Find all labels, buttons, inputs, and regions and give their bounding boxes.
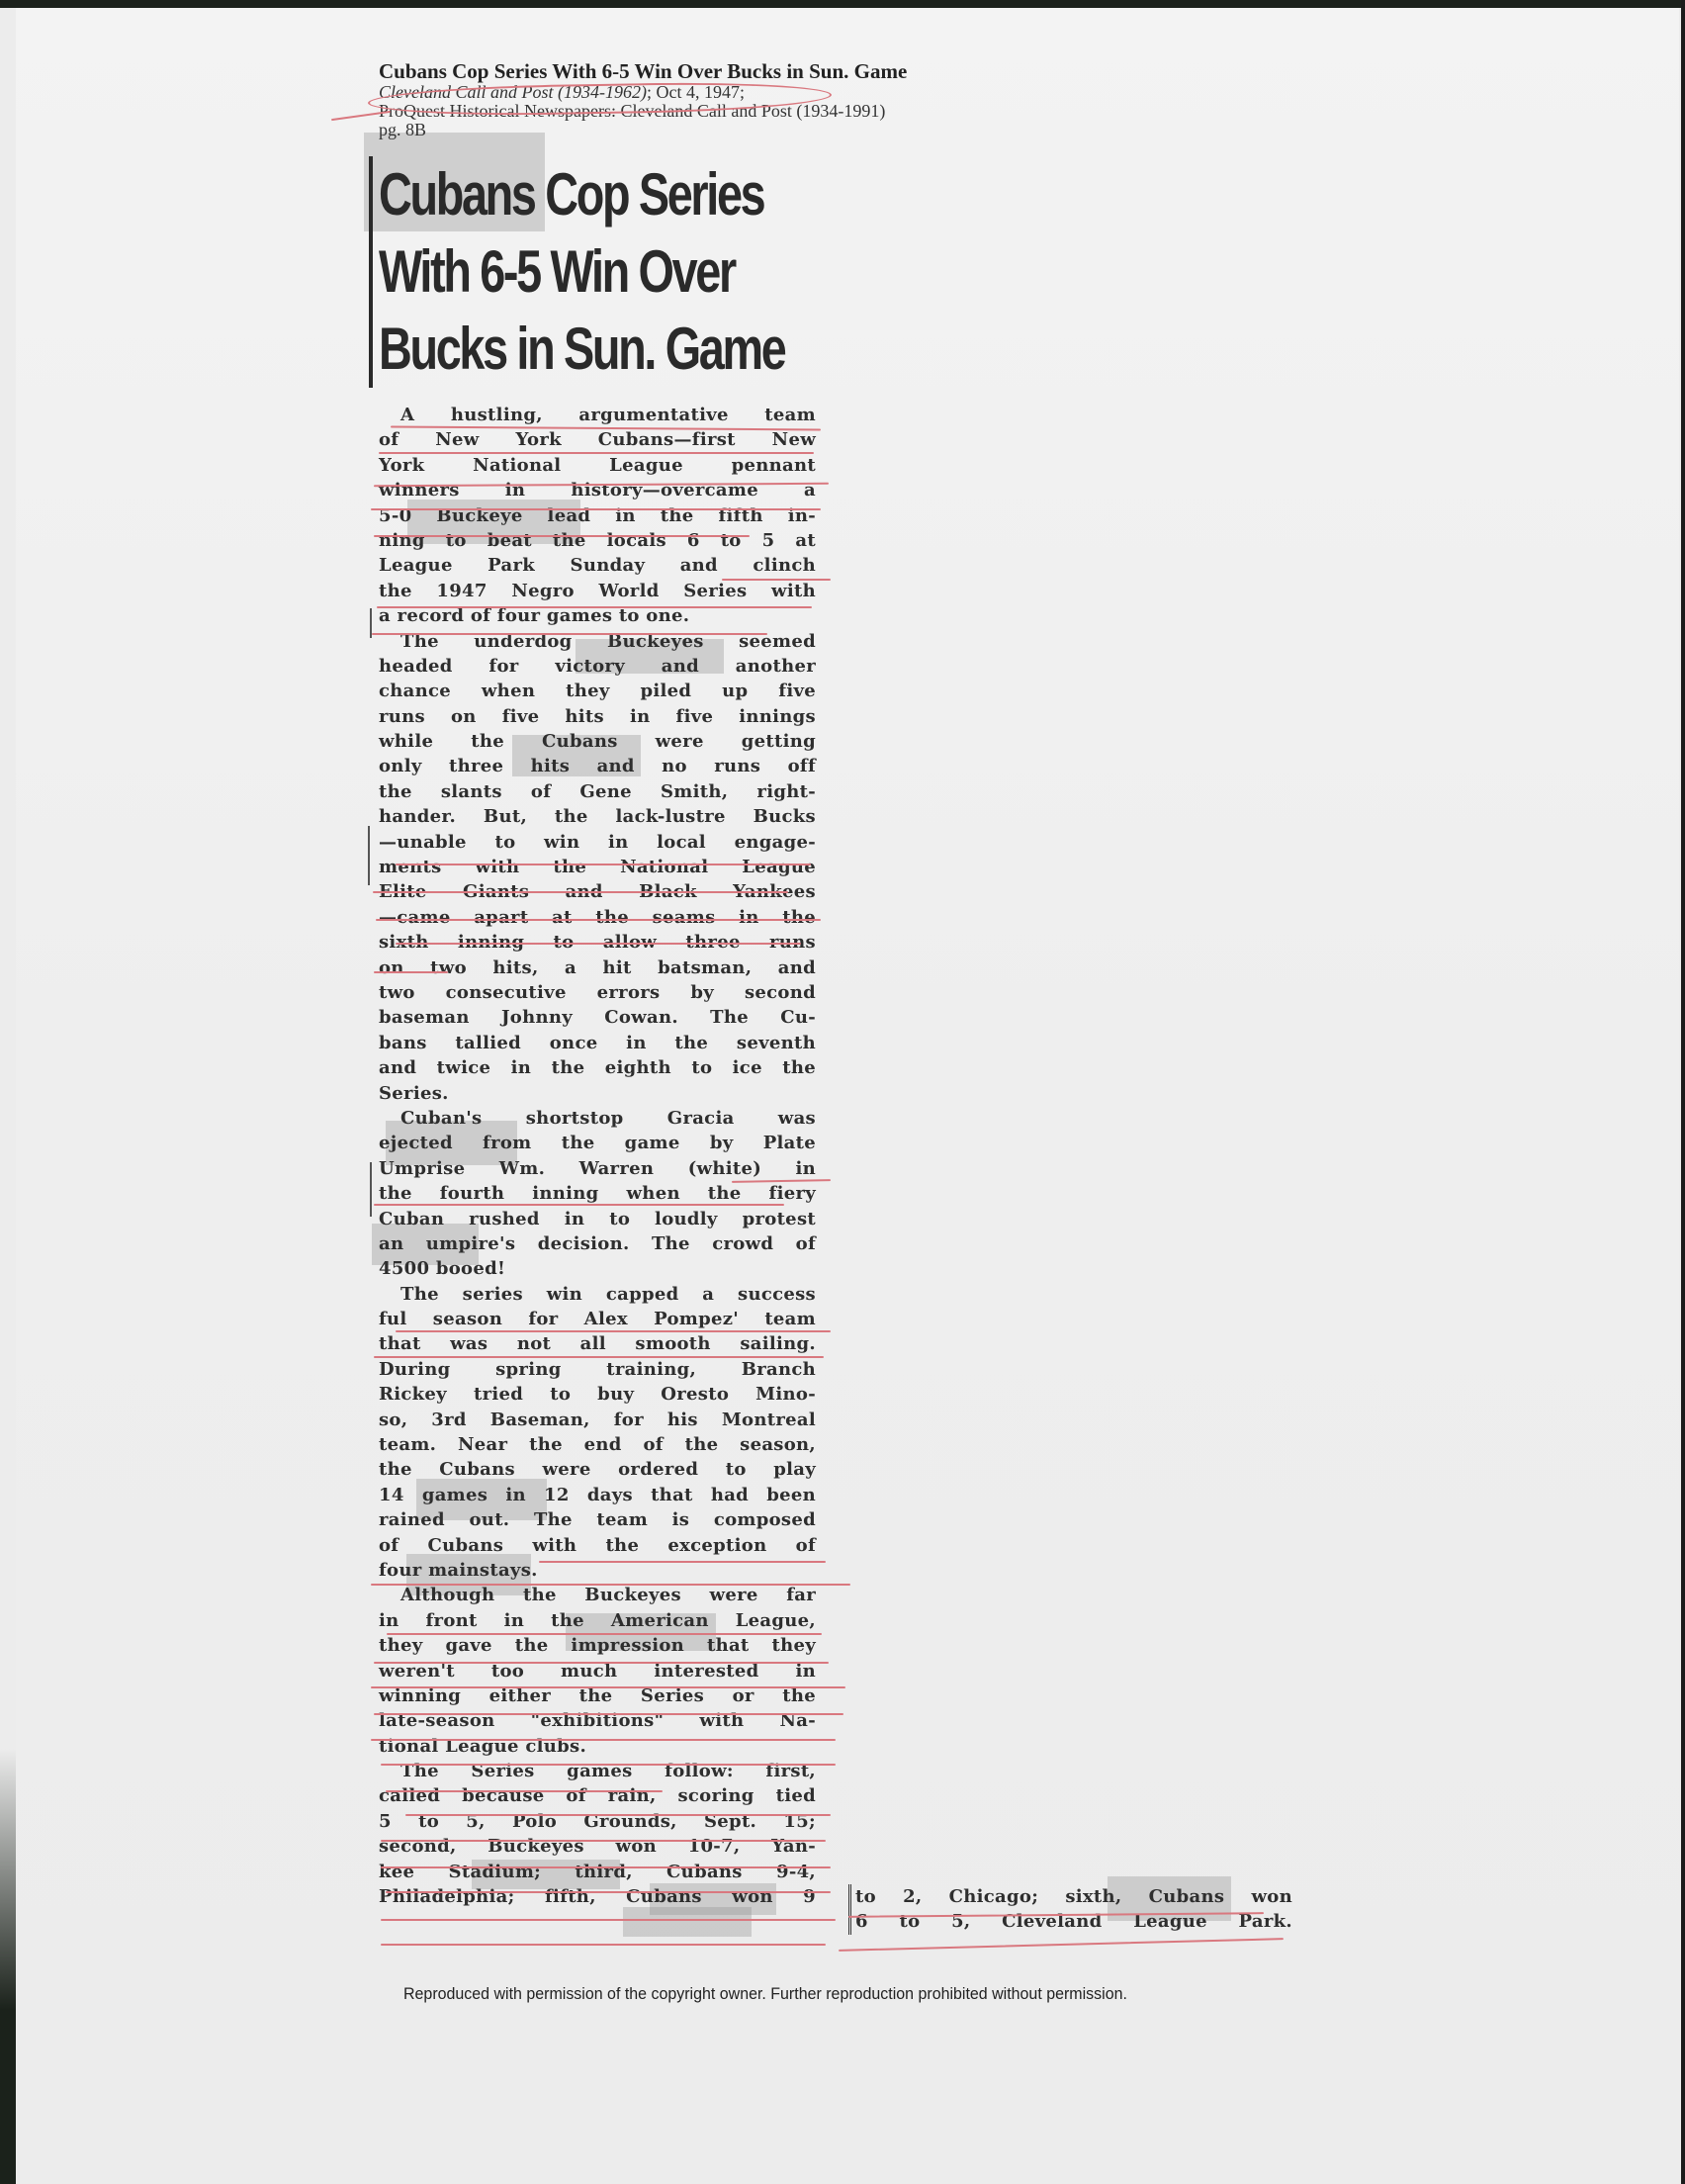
article-line: headed for victory and another	[379, 654, 816, 679]
article-line: second, Buckeyes won 10-7, Yan-	[379, 1834, 816, 1859]
copyright-notice: Reproduced with permission of the copyri…	[403, 1984, 1127, 2004]
article-column-2: to 2, Chicago; sixth, Cubans won 6 to 5,…	[848, 1884, 1292, 1935]
article-line: chance when they piled up five	[379, 679, 816, 703]
article-line: Philadelphia; fifth, Cubans won 9	[379, 1884, 816, 1909]
article-line: kee Stadium; third, Cubans 9-4,	[379, 1860, 816, 1884]
margin-rule	[370, 1162, 372, 1217]
article-line: 5-0 Buckeye lead in the fifth in-	[379, 503, 816, 528]
article-line: ments with the National League	[379, 855, 816, 879]
article-line: A hustling, argumentative team	[379, 403, 816, 427]
article-line: The Series games follow: first,	[379, 1759, 816, 1783]
headline-line: With 6-5 Win Over	[379, 233, 784, 311]
article-line: team. Near the end of the season,	[379, 1432, 816, 1457]
scan-edge-top	[0, 0, 1685, 8]
article-line: only three hits and no runs off	[379, 754, 816, 778]
article-line: in front in the American League,	[379, 1608, 816, 1633]
article-line: ejected from the game by Plate	[379, 1131, 816, 1155]
article-line: the 1947 Negro World Series with	[379, 579, 816, 603]
headline: Cubans Cop Series With 6-5 Win Over Buck…	[369, 156, 899, 388]
highlight-cubans-5	[623, 1907, 752, 1937]
article-line: to 2, Chicago; sixth, Cubans won	[855, 1884, 1292, 1909]
article-line: hander. But, the lack-lustre Bucks	[379, 804, 816, 829]
article-line: rained out. The team is composed	[379, 1507, 816, 1532]
headline-line: Bucks in Sun. Game	[379, 311, 784, 388]
article-line: runs on five hits in five innings	[379, 704, 816, 729]
headline-line: Cubans Cop Series	[379, 156, 784, 233]
article-line: two consecutive errors by second	[379, 980, 816, 1005]
article-line: Cuban's shortstop Gracia was	[379, 1106, 816, 1131]
article-line: tional League clubs.	[379, 1734, 816, 1759]
article-line: bans tallied once in the seventh	[379, 1031, 816, 1055]
scan-edge-left	[0, 8, 16, 2184]
article-line: —unable to win in local engage-	[379, 830, 816, 855]
article-line: 5 to 5, Polo Grounds, Sept. 15;	[379, 1809, 816, 1834]
article-line: winners in history—overcame a	[379, 478, 816, 502]
article-column-1: A hustling, argumentative team of New Yo…	[379, 403, 816, 1909]
article-line: on two hits, a hit batsman, and	[379, 955, 816, 980]
citation-page: pg. 8B	[379, 121, 1012, 139]
article-line: The series win capped a success	[379, 1282, 816, 1307]
article-line: the Cubans were ordered to play	[379, 1457, 816, 1482]
citation-title: Cubans Cop Series With 6-5 Win Over Buck…	[379, 59, 1012, 83]
article-line: so, 3rd Baseman, for his Montreal	[379, 1408, 816, 1432]
article-line: —came apart at the seams in the	[379, 905, 816, 930]
scan-edge-right	[1681, 0, 1685, 2184]
article-line: Series.	[379, 1081, 816, 1106]
article-line: League Park Sunday and clinch	[379, 553, 816, 578]
article-line: During spring training, Branch	[379, 1357, 816, 1382]
article-line: York National League pennant	[379, 453, 816, 478]
article-line: of Cubans with the exception of	[379, 1533, 816, 1558]
article-line: 14 games in 12 days that had been	[379, 1483, 816, 1507]
article-line: that was not all smooth sailing.	[379, 1331, 816, 1356]
article-line: of New York Cubans—first New	[379, 427, 816, 452]
article-line: Although the Buckeyes were far	[379, 1583, 816, 1607]
article-line: and twice in the eighth to ice the	[379, 1055, 816, 1080]
article-line: the fourth inning when the fiery	[379, 1181, 816, 1206]
article-line: an umpire's decision. The crowd of	[379, 1231, 816, 1256]
article-line: 4500 booed!	[379, 1256, 816, 1281]
article-line: Umprise Wm. Warren (white) in	[379, 1156, 816, 1181]
article-line: the slants of Gene Smith, right-	[379, 779, 816, 804]
article-line: ning to beat the locals 6 to 5 at	[379, 528, 816, 553]
article-line: Cuban rushed in to loudly protest	[379, 1207, 816, 1231]
article-line: baseman Johnny Cowan. The Cu-	[379, 1005, 816, 1030]
article-line: they gave the impression that they	[379, 1633, 816, 1658]
margin-rule	[368, 826, 370, 885]
article-line: Rickey tried to buy Oresto Mino-	[379, 1382, 816, 1407]
article-line: while the Cubans were getting	[379, 729, 816, 754]
article-line: called because of rain, scoring tied	[379, 1783, 816, 1808]
article-line: ful season for Alex Pompez' team	[379, 1307, 816, 1331]
